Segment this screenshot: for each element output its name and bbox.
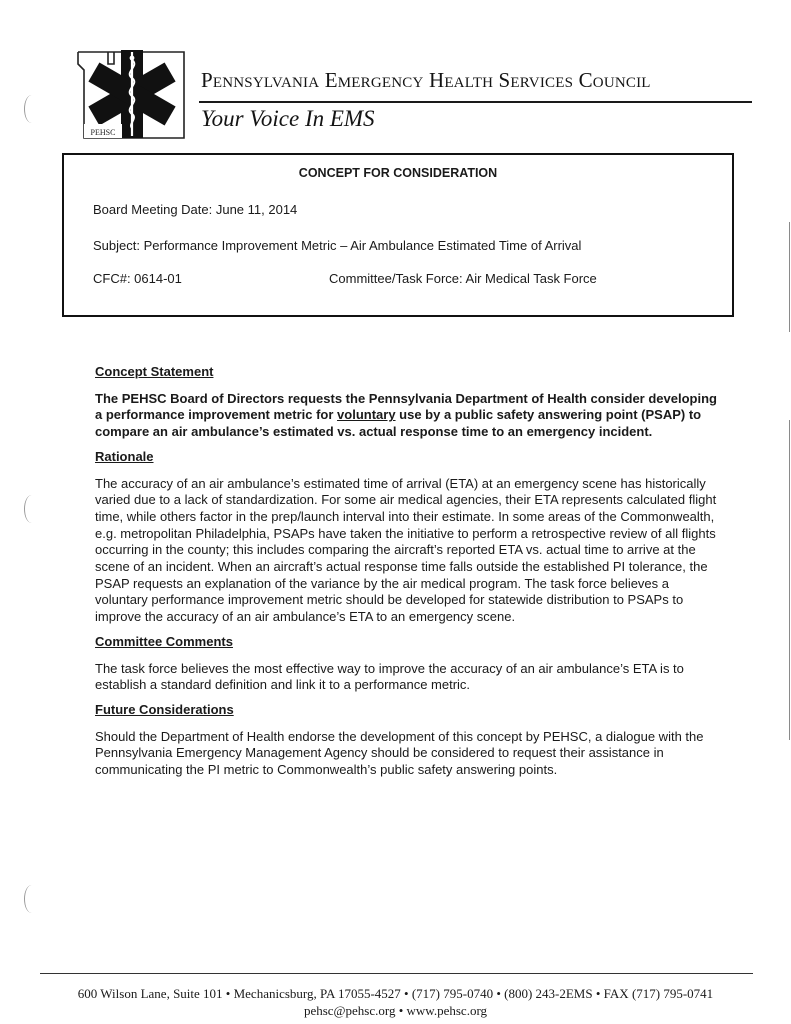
voluntary-emphasis: voluntary <box>337 407 396 422</box>
concept-statement-text: The PEHSC Board of Directors requests th… <box>95 391 725 441</box>
scan-edge-line <box>789 420 790 740</box>
pehsc-star-of-life-logo-icon: PEHSC <box>74 46 194 146</box>
footer-rule <box>40 973 753 974</box>
organization-name: Pennsylvania Emergency Health Services C… <box>201 68 651 93</box>
future-considerations-text: Should the Department of Health endorse … <box>95 729 725 779</box>
rationale-heading: Rationale <box>95 449 725 466</box>
hole-punch-mark <box>24 95 39 123</box>
subject-line: Subject: Performance Improvement Metric … <box>93 238 581 253</box>
committee-comments-text: The task force believes the most effecti… <box>95 661 725 694</box>
svg-text:PEHSC: PEHSC <box>91 128 116 137</box>
committee-task-force: Committee/Task Force: Air Medical Task F… <box>329 271 597 286</box>
letterhead-rule <box>199 101 752 103</box>
hole-punch-mark <box>24 885 39 913</box>
tagline: Your Voice In EMS <box>201 106 375 132</box>
concept-summary-box: CONCEPT FOR CONSIDERATION Board Meeting … <box>62 153 734 317</box>
concept-box-title: CONCEPT FOR CONSIDERATION <box>64 166 732 180</box>
hole-punch-mark <box>24 495 39 523</box>
footer-web-contact: pehsc@pehsc.org • www.pehsc.org <box>0 1003 791 1019</box>
committee-comments-heading: Committee Comments <box>95 634 725 651</box>
letterhead: PEHSC Pennsylvania Emergency Health Serv… <box>74 46 754 146</box>
cfc-number: CFC#: 0614-01 <box>93 271 182 286</box>
scan-edge-line <box>789 222 790 332</box>
future-considerations-heading: Future Considerations <box>95 702 725 719</box>
board-meeting-date: Board Meeting Date: June 11, 2014 <box>93 202 297 217</box>
concept-statement-heading: Concept Statement <box>95 364 725 381</box>
document-body: Concept Statement The PEHSC Board of Dir… <box>95 364 725 787</box>
rationale-text: The accuracy of an air ambulance’s estim… <box>95 476 725 626</box>
footer-address: 600 Wilson Lane, Suite 101 • Mechanicsbu… <box>0 986 791 1002</box>
